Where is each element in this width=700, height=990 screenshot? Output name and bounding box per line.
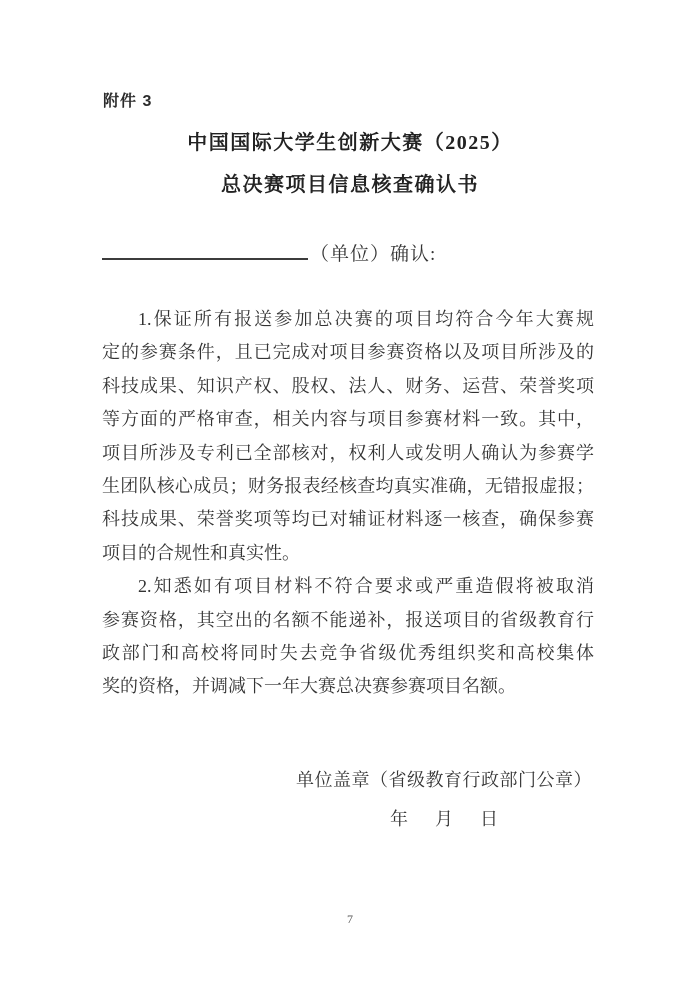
attachment-label: 附件 3 (103, 88, 152, 111)
document-title-line1: 中国国际大学生创新大赛（2025） (0, 126, 700, 155)
document-title-line2: 总决赛项目信息核查确认书 (0, 168, 700, 197)
paragraph1-line: 等方面的严格审查，相关内容与项目参赛材料一致。其中， (102, 403, 594, 436)
unit-stamp-line: 单位盖章（省级教育行政部门公章） (296, 766, 592, 792)
paragraph2-line: 政部门和高校将同时失去竞争省级优秀组织奖和高校集体 (102, 637, 594, 670)
date-year-label: 年 (390, 805, 408, 831)
paragraph1-line: 定的参赛条件，且已完成对项目参赛资格以及项目所涉及的 (102, 336, 594, 369)
unit-confirm-line: （单位）确认: (102, 238, 436, 266)
paragraph1-line: 项目的合规性和真实性。 (102, 537, 594, 570)
paragraph1-line: 生团队核心成员；财务报表经核查均真实准确，无错报虚报； (102, 470, 594, 503)
paragraph1-line: 项目所涉及专利已全部核对，权利人或发明人确认为参赛学 (102, 437, 594, 470)
signature-block: 单位盖章（省级教育行政部门公章） 年 月 日 (296, 766, 592, 831)
paragraph1-line: 科技成果、荣誉奖项等均已对辅证材料逐一核查，确保参赛 (102, 503, 594, 536)
paragraph2-line: 2.知悉如有项目材料不符合要求或严重造假将被取消 (102, 570, 594, 603)
date-day-label: 日 (480, 805, 498, 831)
paragraph1-line: 1.保证所有报送参加总决赛的项目均符合今年大赛规 (102, 303, 594, 336)
paragraph2-line: 参赛资格，其空出的名额不能递补，报送项目的省级教育行 (102, 604, 594, 637)
date-line: 年 月 日 (296, 805, 592, 831)
paragraph1-line: 科技成果、知识产权、股权、法人、财务、运营、荣誉奖项 (102, 370, 594, 403)
unit-confirm-suffix: （单位）确认: (310, 244, 436, 265)
document-page: 附件 3 中国国际大学生创新大赛（2025） 总决赛项目信息核查确认书 （单位）… (0, 0, 700, 990)
page-number: 7 (0, 912, 700, 927)
paragraph2-line: 奖的资格，并调减下一年大赛总决赛参赛项目名额。 (102, 670, 594, 703)
unit-name-blank-line (102, 238, 308, 260)
body-text: 1.保证所有报送参加总决赛的项目均符合今年大赛规 定的参赛条件，且已完成对项目参… (102, 303, 594, 704)
date-month-label: 月 (435, 805, 453, 831)
